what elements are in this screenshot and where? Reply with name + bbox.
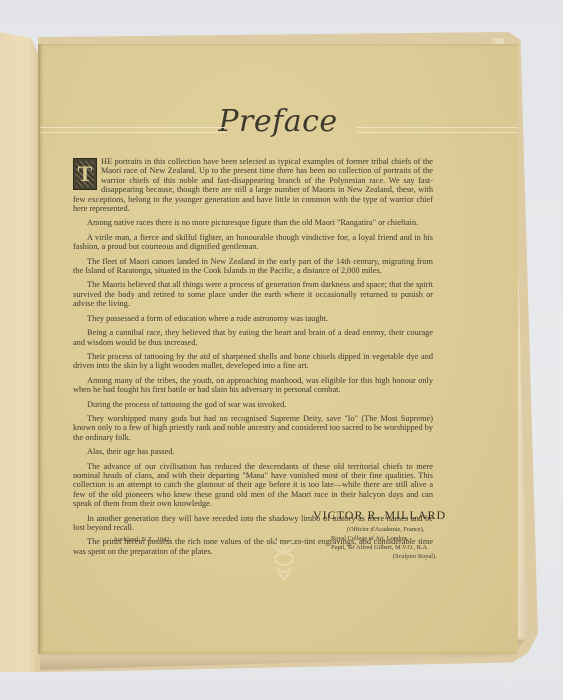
preface-page: Preface THE portraits in this collection… (38, 44, 518, 654)
credential-line: (Sculptor Royal). (331, 552, 437, 561)
paragraph-text: HE portraits in this collection have bee… (73, 157, 433, 213)
page-title: Preface (38, 104, 518, 139)
paragraph: A virile man, a fierce and skilful fight… (73, 233, 433, 252)
drop-cap-letter: T (76, 161, 94, 187)
paragraph: The fleet of Maori canoes landed in New … (73, 257, 433, 276)
paragraph: They worshipped many gods but had no rec… (73, 414, 433, 442)
ornate-initial-icon: T (73, 158, 97, 190)
paragraph: During the process of tattooing the god … (73, 400, 433, 409)
paragraph: They possessed a form of education where… (73, 314, 433, 323)
paragraph: Their process of tattooing by the aid of… (73, 352, 433, 371)
paragraph: Among native races there is no more pict… (73, 218, 433, 227)
paragraph: THE portraits in this collection have be… (73, 157, 433, 213)
paragraph: The Maoris believed that all things were… (73, 280, 433, 308)
paragraph: Alas, their age has passed. (73, 447, 433, 456)
place-date: Auckland, N.Z., 1942. (113, 536, 171, 543)
paragraph: Among many of the tribes, the youth, on … (73, 376, 433, 395)
credential-line: (Officier d'Academie, France), (331, 525, 437, 534)
left-cover-page (0, 32, 40, 672)
credential-line: Pupil, Sir Alfred Gilbert, M.V.O., R.A. (331, 543, 437, 552)
credential-line: Royal College of Art, London, (331, 534, 437, 543)
author-credentials: (Officier d'Academie, France), Royal Col… (331, 525, 437, 561)
title-rule-left (38, 127, 226, 133)
preface-body: THE portraits in this collection have be… (73, 157, 433, 561)
author-signature: VICTOR R. MILLARD (313, 508, 446, 523)
paragraph: Being a cannibal race, they believed tha… (73, 328, 433, 347)
tiki-emblem-icon (271, 537, 297, 582)
title-rule-right (356, 127, 518, 133)
paragraph: The advance of our civilisation has redu… (73, 462, 433, 509)
page-spine (38, 44, 40, 654)
